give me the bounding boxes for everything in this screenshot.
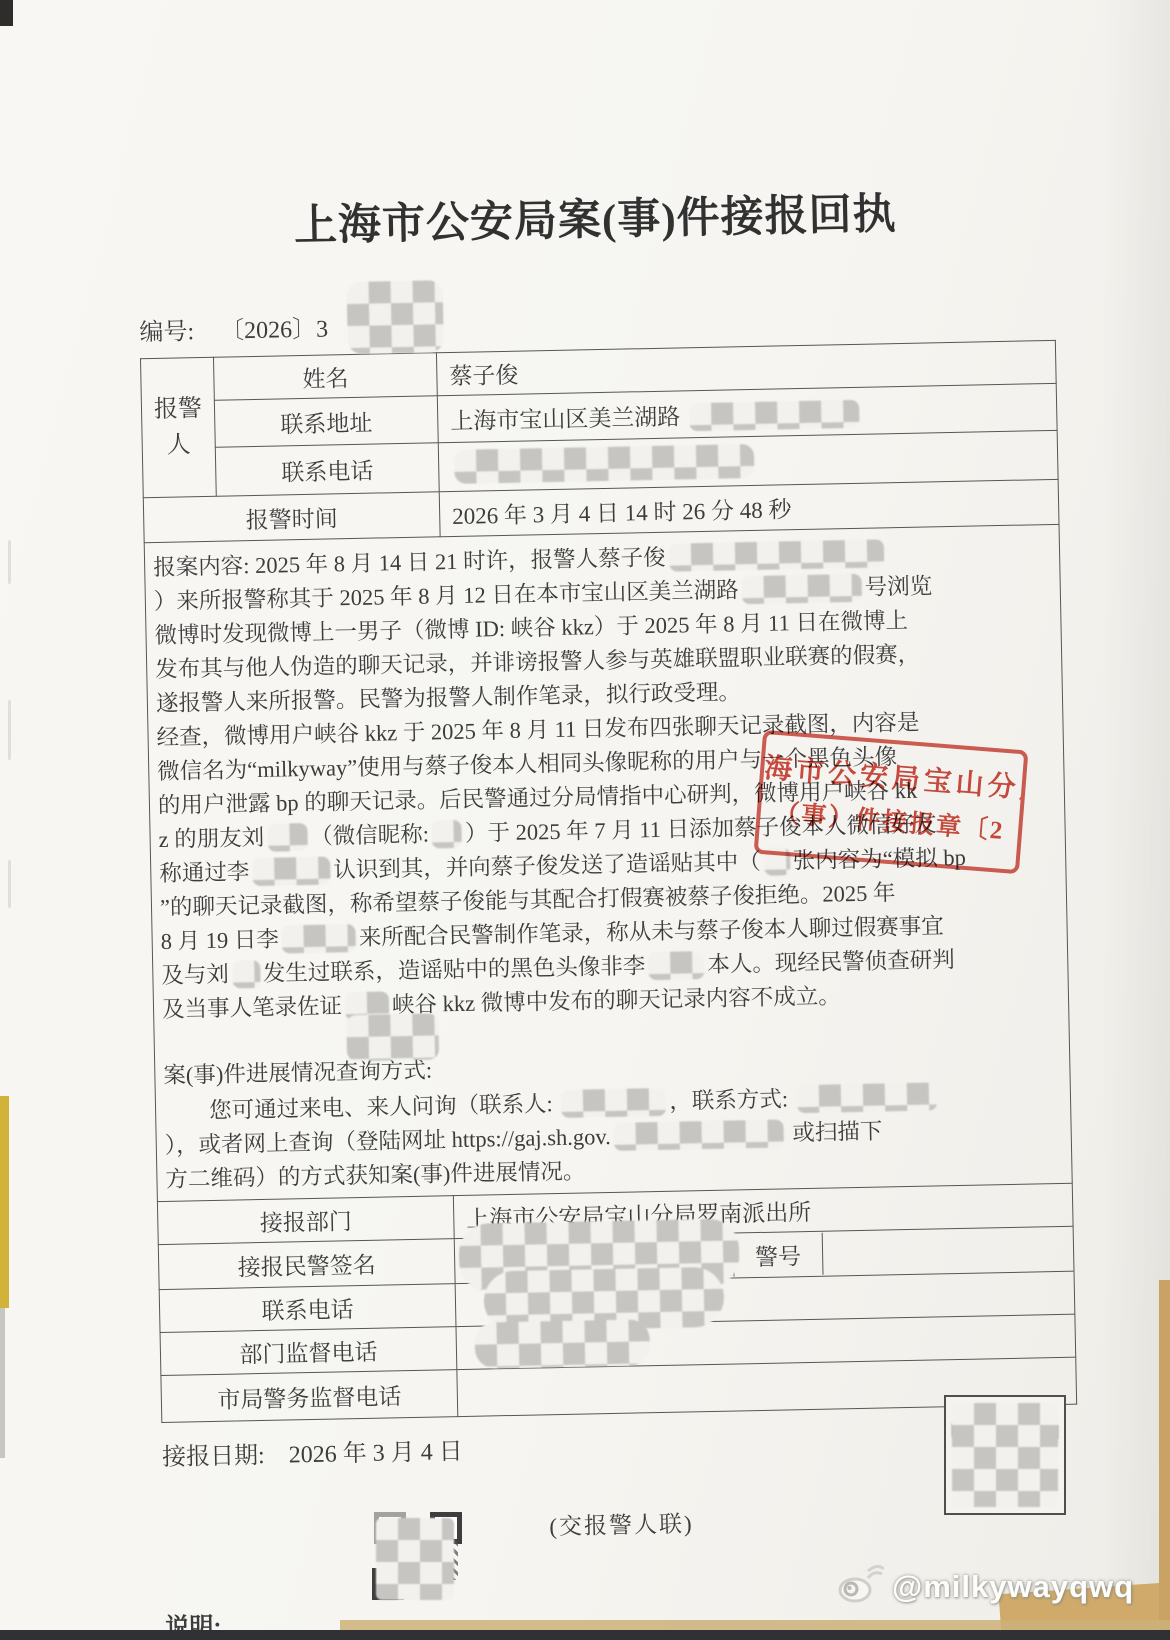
copy-note: (交报警人联): [163, 1498, 1079, 1549]
photo-edge-table-surface: [340, 1620, 1170, 1630]
redaction-blur: [267, 823, 308, 852]
receipt-date-value: 2026 年 3 月 4 日: [288, 1439, 462, 1468]
redaction-blur: [741, 574, 862, 604]
redaction-blur: [561, 1088, 667, 1118]
redaction-blur: [952, 1403, 1058, 1507]
weibo-logo-icon: [838, 1564, 884, 1609]
text-segment: 峡谷 kkz 微博中发布的聊天记录内容不成立。: [392, 983, 841, 1017]
address-text: 上海市宝山区美兰湖路: [450, 404, 680, 434]
receipt-table: 报警人 姓名 蔡子俊 联系地址 上海市宝山区美兰湖路 联系电话 报警时间 202…: [140, 340, 1077, 1423]
redaction-blur: [689, 399, 860, 430]
redaction-blur: [282, 924, 357, 953]
text-segment: ），或者网上查询（登陆网址 https://gaj.sh.gov.: [165, 1124, 611, 1158]
text-segment: 方二维码）的方式获知案(事)件进展情况。: [165, 1158, 585, 1191]
watermark-handle: @milkywayqwq: [892, 1569, 1134, 1605]
document-number-label: 编号:: [139, 319, 194, 346]
text-segment: z 的朋友刘: [158, 825, 264, 852]
text-segment: 及当事人笔录佐证: [162, 993, 342, 1022]
redaction-blur: [454, 444, 755, 484]
receiving-phone-label: 联系电话: [159, 1284, 456, 1333]
redaction-blur: [648, 951, 705, 980]
text-segment: 及与刘: [161, 962, 229, 988]
bleed-mark: [8, 700, 11, 760]
redaction-blur: [613, 1119, 784, 1150]
redaction-blur: [474, 1319, 650, 1369]
document-number-line: 编号:〔2026〕3: [139, 294, 1056, 348]
redaction-blur: [346, 1013, 439, 1061]
bleed-mark: [8, 540, 11, 584]
text-segment: 报案内容: 2025 年 8 月 14 日 21 时许，报警人蔡子俊: [153, 545, 666, 580]
qr-code: [372, 1512, 464, 1604]
text-segment: 或扫描下: [786, 1119, 882, 1146]
receipt-date-line: 接报日期: 2026 年 3 月 4 日: [162, 1419, 1079, 1472]
blurred-stamp-box: [944, 1395, 1066, 1515]
document-number-value: 〔2026〕3: [220, 316, 329, 344]
document-title: 上海市公安局案(事)件接报回执: [137, 177, 1054, 256]
text-segment: 发生过联系，造谣贴中的黑色头像非李: [263, 953, 646, 986]
dept-supervise-phone-label: 部门监督电话: [160, 1327, 457, 1376]
redaction-blur: [432, 820, 463, 849]
text-segment: 称通过李: [159, 859, 249, 886]
photo-edge-table-surface: [1159, 1280, 1170, 1640]
redaction-blur: [668, 539, 884, 571]
text-segment: ，联系方式:: [669, 1086, 794, 1113]
badge-number-label: 警号: [733, 1233, 824, 1277]
photo-edge-artifact: [0, 1308, 5, 1458]
text-segment: （微信昵称:: [310, 822, 429, 849]
photo-edge-artifact: [0, 0, 13, 26]
photo-of-police-receipt: { "document": { "title": "上海市公安局案(事)件接报回…: [0, 0, 1170, 1640]
photo-edge-dark-band: [0, 1630, 1170, 1640]
bleed-mark: [8, 860, 11, 908]
text-segment: 认识到其，并向蔡子俊发送了造谣贴其中（: [333, 849, 761, 883]
redaction-blur: [232, 960, 261, 989]
text-segment: 您可通过来电、来人问询（联系人:: [164, 1091, 559, 1124]
address-label: 联系地址: [214, 396, 438, 447]
officer-signature-label: 接报民警签名: [158, 1239, 455, 1290]
receiving-dept-label: 接报部门: [157, 1196, 454, 1245]
text-segment: 8 月 19 日李: [160, 927, 279, 954]
redaction-blur: [796, 1082, 937, 1113]
badge-number-value: [823, 1228, 1074, 1275]
text-segment: 本人。现经民警侦查研判: [707, 947, 955, 977]
redaction-blur: [252, 857, 331, 887]
name-label: 姓名: [213, 353, 437, 400]
receipt-date-label: 接报日期:: [162, 1443, 265, 1471]
redaction-blur: [347, 280, 444, 354]
text-segment: 号浏览: [864, 573, 932, 599]
redaction-blur: [376, 1518, 454, 1600]
weibo-watermark: @milkywayqwq: [838, 1564, 1134, 1609]
report-time-label: 报警时间: [143, 492, 440, 543]
photo-edge-yellow-strip: [0, 1096, 9, 1308]
city-supervise-phone-label: 市局警务监督电话: [161, 1370, 458, 1423]
phone-label: 联系电话: [215, 443, 439, 496]
reporter-group-label: 报警人: [140, 357, 216, 497]
query-method-text: 您可通过来电、来人问询（联系人: ，联系方式: ），或者网上查询（登陆网址 ht…: [164, 1077, 1062, 1197]
police-red-stamp: 海市公安局宝山分局 （事）件接报章〔2: [754, 730, 1029, 874]
